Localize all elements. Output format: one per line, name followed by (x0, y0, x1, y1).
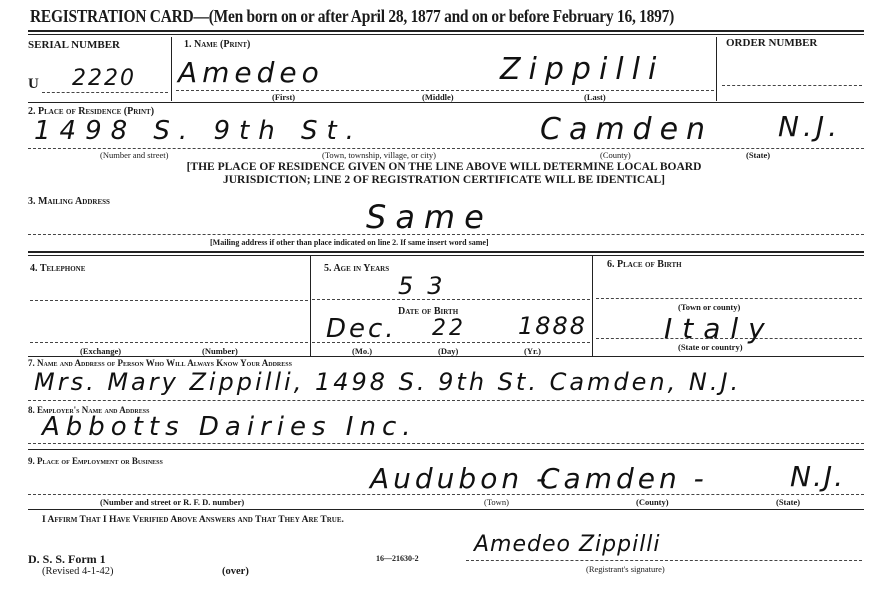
residence-town-caption: (Town, township, village, or city) (322, 150, 436, 160)
form-revised: (Revised 4-1-42) (42, 566, 113, 577)
employment-county-caption: (County) (636, 497, 669, 507)
last-caption: (Last) (584, 92, 606, 102)
contact-person-label: 7. Name and Address of Person Who Will A… (28, 358, 292, 368)
birth-day-value: 22 (432, 316, 466, 341)
exchange-caption: (Exchange) (80, 346, 121, 356)
signature-line (466, 560, 862, 561)
age-line (312, 299, 590, 300)
date-of-birth-line (312, 342, 590, 343)
serial-prefix: U (28, 76, 39, 93)
divider (716, 37, 717, 101)
residence-state-caption: (State) (746, 150, 770, 160)
residence-notice-line2: JURISDICTION; LINE 2 OF REGISTRATION CER… (80, 174, 808, 187)
divider (28, 30, 864, 32)
residence-notice-line1: [THE PLACE OF RESIDENCE GIVEN ON THE LIN… (80, 161, 808, 174)
mailing-address-value: Same (366, 198, 493, 236)
place-of-birth-label: 6. Place of Birth (607, 259, 682, 270)
employment-state-value: N.J. (790, 460, 845, 493)
employment-county-value: Camden - (540, 462, 708, 495)
divider (28, 356, 864, 357)
affirmation-text: I Affirm That I Have Verified Above Answ… (42, 515, 344, 525)
age-label: 5. Age in Years (324, 263, 389, 274)
employment-town-caption: (Town) (484, 497, 509, 507)
divider (171, 37, 172, 101)
serial-line (42, 92, 168, 93)
order-number-label: ORDER NUMBER (726, 37, 817, 49)
mailing-address-line (28, 234, 864, 235)
middle-caption: (Middle) (422, 92, 454, 102)
birth-town-line (596, 298, 862, 299)
residence-county-caption: (County) (600, 150, 631, 160)
employment-town-value: Audubon - (370, 462, 550, 495)
residence-line (28, 148, 864, 149)
name-label: 1. Name (Print) (184, 39, 250, 50)
employer-line (28, 443, 864, 444)
divider (28, 102, 864, 103)
employment-state-caption: (State) (776, 497, 800, 507)
mailing-address-caption: [Mailing address if other than place ind… (210, 238, 489, 247)
over-note: (over) (222, 566, 249, 577)
day-caption: (Day) (438, 346, 458, 356)
registrant-signature: Amedeo Zippilli (474, 532, 661, 557)
month-caption: (Mo.) (352, 346, 372, 356)
place-of-employment-label: 9. Place of Employment or Business (28, 456, 163, 466)
divider (28, 509, 864, 510)
number-caption: (Number) (202, 346, 238, 356)
employer-value: Abbotts Dairies Inc. (42, 412, 417, 442)
residence-street-caption: (Number and street) (100, 150, 168, 160)
form-name: D. S. S. Form 1 (28, 552, 106, 567)
divider (28, 251, 864, 253)
residence-street-value: 1498 S. 9th St. (34, 116, 363, 146)
divider (28, 449, 864, 450)
contact-person-value: Mrs. Mary Zippilli, 1498 S. 9th St. Camd… (34, 368, 741, 396)
birth-year-value: 1888 (518, 312, 587, 340)
last-name-value: Zippilli (500, 52, 664, 87)
mailing-address-label: 3. Mailing Address (28, 196, 110, 207)
divider (592, 256, 593, 356)
birth-country-value: Italy (664, 312, 775, 345)
signature-caption: (Registrant's signature) (586, 564, 665, 574)
first-caption: (First) (272, 92, 295, 102)
employment-line (28, 494, 864, 495)
card-title: REGISTRATION CARD—(Men born on or after … (30, 6, 674, 27)
telephone-label: 4. Telephone (30, 263, 85, 274)
order-number-line (722, 85, 862, 86)
residence-county-value: Camden (540, 112, 713, 147)
first-name-value: Amedeo (178, 56, 324, 89)
telephone-line-2 (30, 342, 308, 343)
name-line (176, 90, 714, 91)
birth-month-value: Dec. (326, 314, 397, 344)
divider (28, 34, 864, 35)
age-value: 53 (398, 272, 457, 300)
birth-country-caption: (State or country) (678, 342, 743, 352)
employment-street-caption: (Number and street or R. F. D. number) (100, 497, 244, 507)
birth-town-caption: (Town or county) (678, 302, 740, 312)
residence-state-value: N.J. (778, 110, 841, 143)
print-code: 16—21630-2 (376, 554, 419, 563)
serial-number-value: 2220 (72, 66, 136, 91)
year-caption: (Yr.) (524, 346, 541, 356)
birth-country-line (596, 338, 862, 339)
serial-number-label: SERIAL NUMBER (28, 39, 120, 51)
contact-person-line (28, 400, 864, 401)
divider (28, 255, 864, 256)
telephone-line-1 (30, 300, 308, 301)
divider (310, 256, 311, 356)
